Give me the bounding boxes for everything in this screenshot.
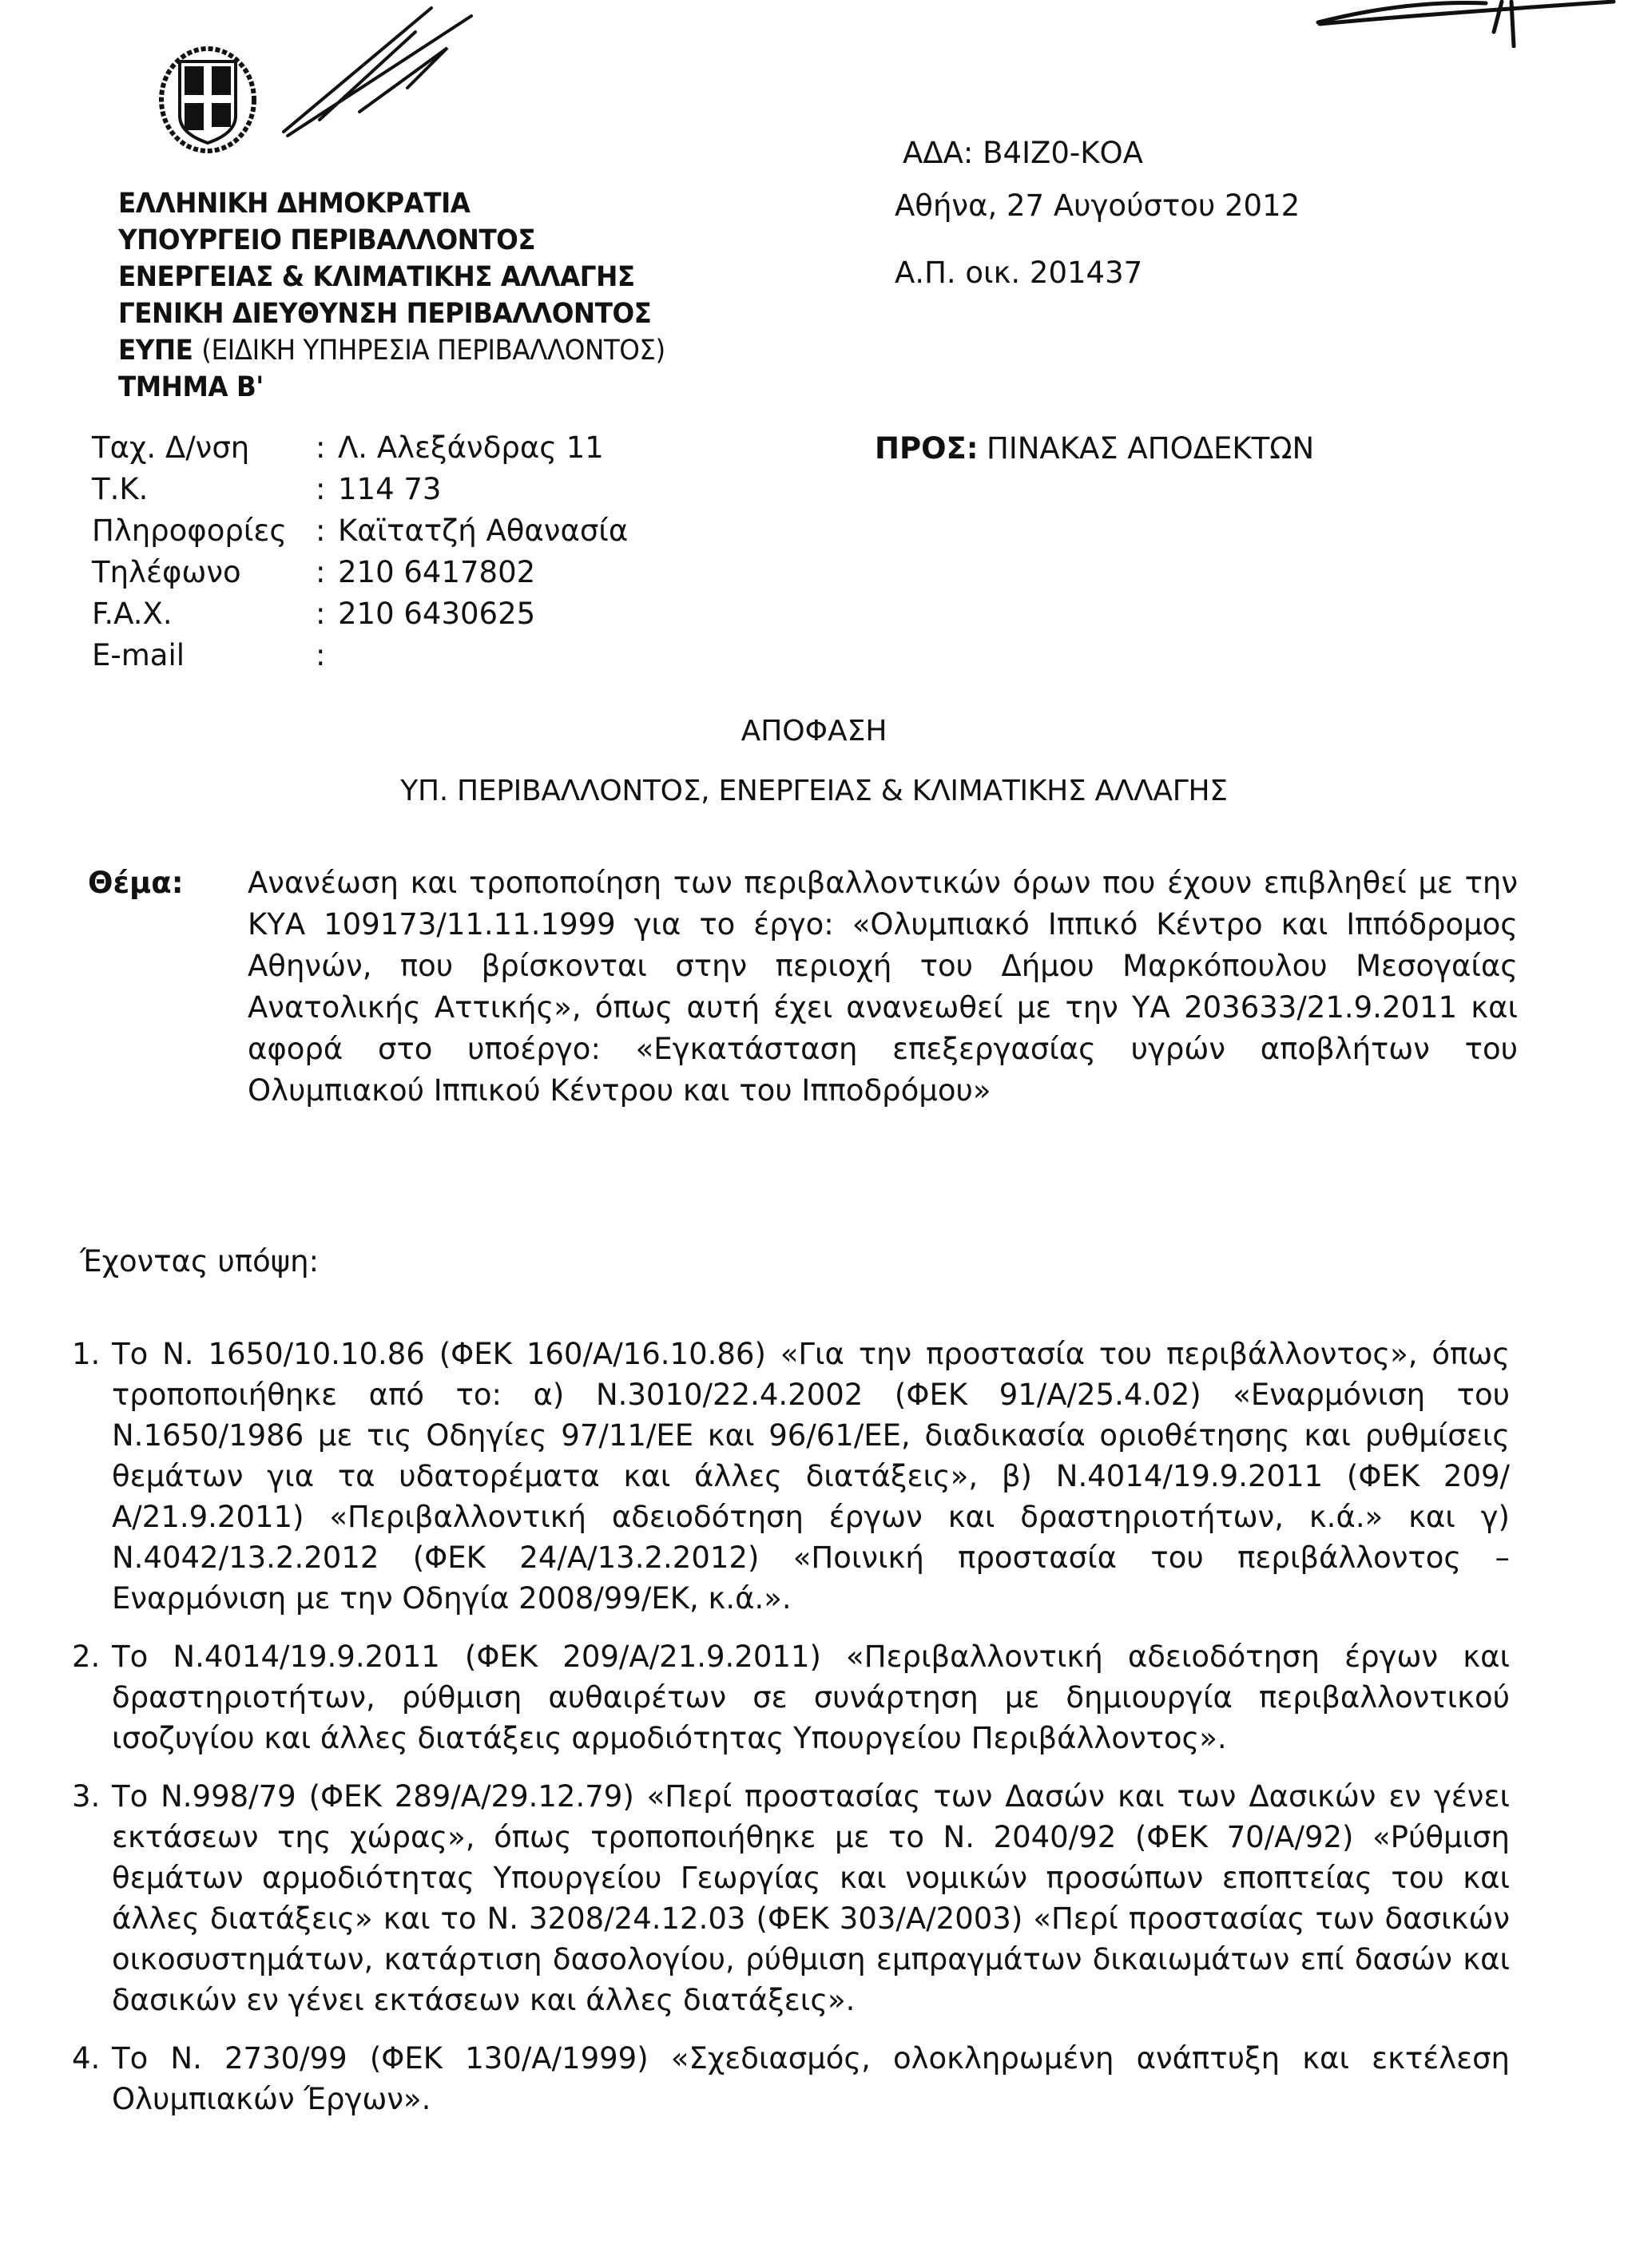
contact-label: E-mail [92, 635, 316, 676]
ministry-title: ΥΠ. ΠΕΡΙΒΑΛΛΟΝΤΟΣ, ΕΝΕΡΓΕΙΑΣ & ΚΛΙΜΑΤΙΚΗ… [0, 775, 1628, 807]
unit-abbr: ΕΥΠΕ [118, 335, 193, 367]
contact-row-postcode: Τ.Κ. : 114 73 [92, 469, 628, 510]
item-number: 2. [72, 1636, 112, 1758]
list-item: 1. Το Ν. 1650/10.10.86 (ΦΕΚ 160/Α/16.10.… [72, 1334, 1510, 1619]
item-number: 4. [72, 2038, 112, 2119]
subject-text: Ανανέωση και τροποποίηση των περιβαλλοντ… [248, 862, 1518, 1112]
decision-title: ΑΠΟΦΑΣΗ [0, 715, 1628, 747]
item-number: 1. [72, 1334, 112, 1619]
contact-value: 114 73 [338, 469, 441, 510]
contact-label: Τηλέφωνο [92, 552, 316, 593]
contact-label: F.A.X. [92, 593, 316, 635]
item-text: Το Ν. 2730/99 (ΦΕΚ 130/Α/1999) «Σχεδιασμ… [112, 2038, 1510, 2119]
contact-separator: : [316, 510, 338, 552]
contact-row-phone: Τηλέφωνο : 210 6417802 [92, 552, 628, 593]
sender-line: ΓΕΝΙΚΗ ΔΙΕΥΘΥΝΣΗ ΠΕΡΙΒΑΛΛΟΝΤΟΣ [118, 295, 665, 332]
legal-basis-list: 1. Το Ν. 1650/10.10.86 (ΦΕΚ 160/Α/16.10.… [72, 1334, 1510, 2137]
sender-block: ΕΛΛΗΝΙΚΗ ΔΗΜΟΚΡΑΤΙΑ ΥΠΟΥΡΓΕΙΟ ΠΕΡΙΒΑΛΛΟΝ… [118, 185, 665, 406]
contact-separator: : [316, 469, 338, 510]
contact-separator: : [316, 635, 338, 676]
unit-full: (ΕΙΔΙΚΗ ΥΠΗΡΕΣΙΑ ΠΕΡΙΒΑΛΛΟΝΤΟΣ) [201, 335, 665, 367]
item-number: 3. [72, 1776, 112, 2020]
handwritten-signature-icon [272, 0, 535, 160]
sender-unit: ΕΥΠΕ (ΕΙΔΙΚΗ ΥΠΗΡΕΣΙΑ ΠΕΡΙΒΑΛΛΟΝΤΟΣ) [118, 332, 665, 369]
document-date: Αθήνα, 27 Αυγούστου 2012 [895, 188, 1300, 223]
subject-label: Θέμα: [88, 862, 248, 1112]
handwritten-initials-icon [1310, 0, 1622, 48]
contact-details: Ταχ. Δ/νση : Λ. Αλεξάνδρας 11 Τ.Κ. : 114… [92, 427, 628, 676]
greek-emblem-icon [140, 44, 276, 156]
recipient-line: ΠΡΟΣ: ΠΙΝΑΚΑΣ ΑΠΟΔΕΚΤΩΝ [875, 431, 1314, 466]
department: ΤΜΗΜΑ Β' [118, 369, 665, 406]
contact-label: Πληροφορίες [92, 510, 316, 552]
contact-value: 210 6417802 [338, 552, 535, 593]
contact-row-address: Ταχ. Δ/νση : Λ. Αλεξάνδρας 11 [92, 427, 628, 469]
item-text: Το Ν.4014/19.9.2011 (ΦΕΚ 209/Α/21.9.2011… [112, 1636, 1510, 1758]
sender-line: ΕΝΕΡΓΕΙΑΣ & ΚΛΙΜΑΤΙΚΗΣ ΑΛΛΑΓΗΣ [118, 259, 665, 295]
contact-row-fax: F.A.X. : 210 6430625 [92, 593, 628, 635]
subject-block: Θέμα: Ανανέωση και τροποποίηση των περιβ… [88, 862, 1518, 1112]
contact-label: Ταχ. Δ/νση [92, 427, 316, 469]
recipient-value: ΠΙΝΑΚΑΣ ΑΠΟΔΕΚΤΩΝ [987, 431, 1314, 466]
item-text: Το Ν. 1650/10.10.86 (ΦΕΚ 160/Α/16.10.86)… [112, 1334, 1510, 1619]
recipient-label: ΠΡΟΣ: [875, 431, 987, 466]
contact-label: Τ.Κ. [92, 469, 316, 510]
ada-code: ΑΔΑ: Β4ΙΖ0-ΚΟΑ [903, 136, 1143, 170]
contact-value: Λ. Αλεξάνδρας 11 [338, 427, 604, 469]
contact-row-email: E-mail : [92, 635, 628, 676]
list-item: 3. Το Ν.998/79 (ΦΕΚ 289/Α/29.12.79) «Περ… [72, 1776, 1510, 2020]
sender-line: ΕΛΛΗΝΙΚΗ ΔΗΜΟΚΡΑΤΙΑ [118, 185, 665, 222]
contact-separator: : [316, 552, 338, 593]
list-item: 2. Το Ν.4014/19.9.2011 (ΦΕΚ 209/Α/21.9.2… [72, 1636, 1510, 1758]
contact-value: Καϊτατζή Αθανασία [338, 510, 628, 552]
protocol-number: Α.Π. οικ. 201437 [895, 256, 1142, 290]
contact-row-info: Πληροφορίες : Καϊτατζή Αθανασία [92, 510, 628, 552]
item-text: Το Ν.998/79 (ΦΕΚ 289/Α/29.12.79) «Περί π… [112, 1776, 1510, 2020]
list-item: 4. Το Ν. 2730/99 (ΦΕΚ 130/Α/1999) «Σχεδι… [72, 2038, 1510, 2119]
contact-value: 210 6430625 [338, 593, 535, 635]
sender-line: ΥΠΟΥΡΓΕΙΟ ΠΕΡΙΒΑΛΛΟΝΤΟΣ [118, 222, 665, 259]
considering-heading: Έχοντας υπόψη: [80, 1244, 319, 1279]
contact-separator: : [316, 427, 338, 469]
contact-separator: : [316, 593, 338, 635]
